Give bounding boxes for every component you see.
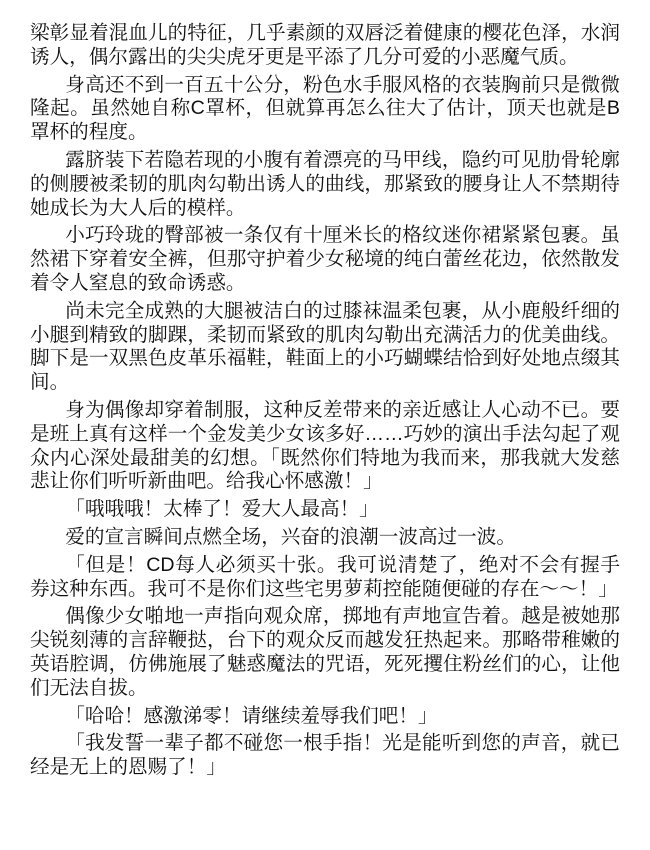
paragraph: 小巧玲珑的臀部被一条仅有十厘米长的格纹迷你裙紧紧包裹。虽然裙下穿着安全裤，但那守… <box>30 224 620 295</box>
paragraph: 身高还不到一百五十公分，粉色水手服风格的衣装胸前只是微微隆起。虽然她自称C罩杯，… <box>30 74 620 145</box>
paragraph: 尚未完全成熟的大腿被洁白的过膝袜温柔包裹，从小鹿般纤细的小腿到精致的脚踝，柔韧而… <box>30 300 620 395</box>
paragraph: 「哦哦哦！太棒了！爱大人最高！」 <box>30 498 620 522</box>
paragraph: 「我发誓一辈子都不碰您一根手指！光是能听到您的声音，就已经是无上的恩赐了！」 <box>30 732 620 780</box>
paragraph: 梁彰显着混血儿的特征，几乎素颜的双唇泛着健康的樱花色泽，水润诱人，偶尔露出的尖尖… <box>30 22 620 70</box>
paragraph: 偶像少女啪地一声指向观众席，掷地有声地宣告着。越是被她那尖锐刻薄的言辞鞭挞，台下… <box>30 605 620 700</box>
reader-page: 梁彰显着混血儿的特征，几乎素颜的双唇泛着健康的樱花色泽，水润诱人，偶尔露出的尖尖… <box>0 0 650 850</box>
paragraph: 身为偶像却穿着制服，这种反差带来的亲近感让人心动不已。要是班上真有这样一个金发美… <box>30 399 620 494</box>
paragraph: 爱的宣言瞬间点燃全场，兴奋的浪潮一波高过一波。 <box>30 526 620 550</box>
page-text: 梁彰显着混血儿的特征，几乎素颜的双唇泛着健康的樱花色泽，水润诱人，偶尔露出的尖尖… <box>30 22 620 780</box>
paragraph: 露脐装下若隐若现的小腹有着漂亮的马甲线，隐约可见肋骨轮廓的侧腰被柔韧的肌肉勾勒出… <box>30 149 620 220</box>
paragraph: 「哈哈！感激涕零！请继续羞辱我们吧！」 <box>30 705 620 729</box>
paragraph: 「但是！CD每人必须买十张。我可说清楚了，绝对不会有握手券这种东西。我可不是你们… <box>30 554 620 602</box>
